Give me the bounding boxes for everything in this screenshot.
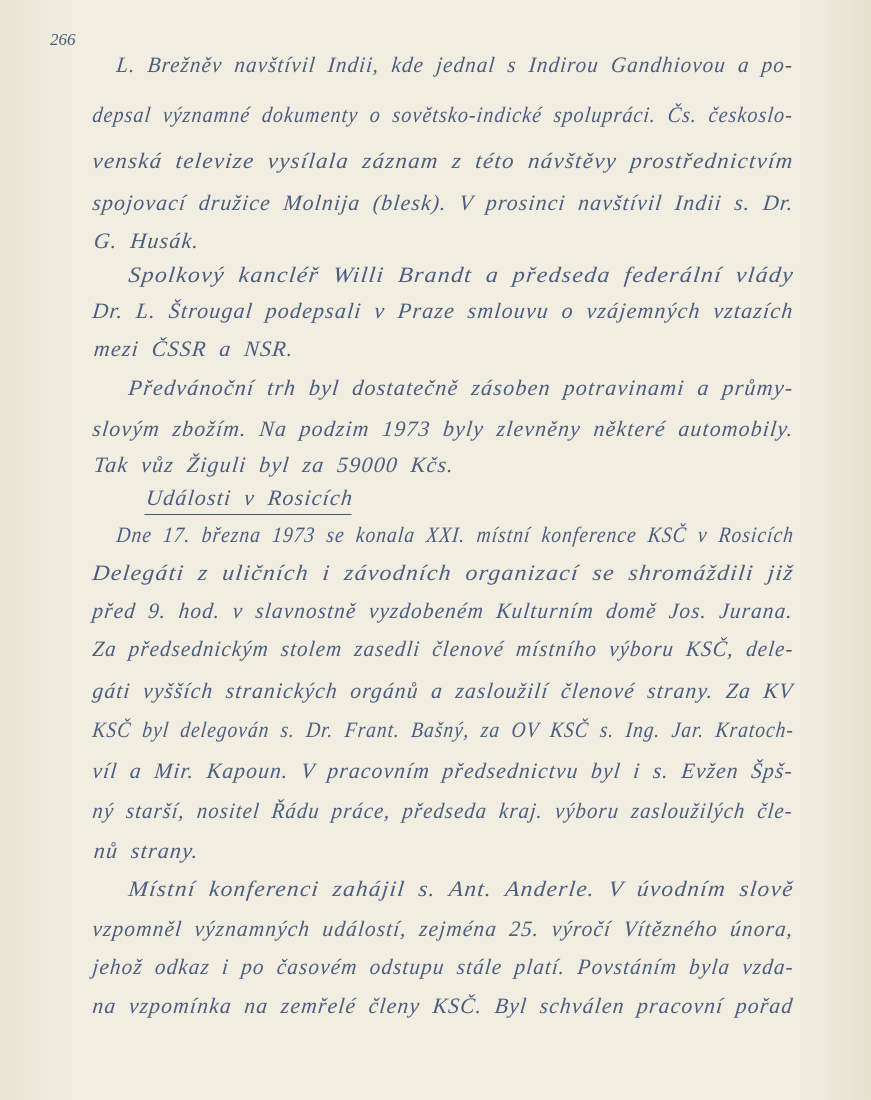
text-line: jehož odkaz i po časovém odstupu stále p… [91, 954, 795, 980]
text-line: KSČ byl delegován s. Dr. Frant. Bašný, z… [91, 717, 795, 743]
page-number: 266 [50, 30, 76, 50]
text-line: venská televize vysílala záznam z této n… [91, 148, 795, 174]
section-heading: Události v Rosicích [144, 485, 354, 515]
text-line: nů strany. [93, 838, 201, 864]
text-line: G. Husák. [93, 228, 201, 254]
text-line: víl a Mir. Kapoun. V pracovním předsedni… [91, 758, 794, 784]
text-line: slovým zbožím. Na podzim 1973 byly zlevn… [91, 416, 795, 442]
text-line: Dr. L. Štrougal podepsali v Praze smlouv… [91, 298, 795, 324]
text-line: Předvánoční trh byl dostatečně zásoben p… [127, 375, 795, 401]
text-line: Delegáti z uličních i závodních organiza… [91, 560, 795, 586]
text-line: mezi ČSSR a NSR. [93, 336, 295, 362]
text-line: Tak vůz Žiguli byl za 59000 Kčs. [93, 452, 456, 478]
text-line: před 9. hod. v slavnostně vyzdobeném Kul… [91, 598, 794, 624]
text-line: Dne 17. března 1973 se konala XXI. místn… [115, 522, 795, 548]
text-line: Místní konferenci zahájil s. Ant. Anderl… [127, 876, 795, 902]
text-line: Za předsednickým stolem zasedli členové … [91, 636, 795, 662]
text-line: Spolkový kancléř Willi Brandt a předseda… [127, 262, 795, 288]
text-line: spojovací družice Molnija (blesk). V pro… [91, 190, 795, 216]
text-line: depsal významné dokumenty o sovětsko-ind… [91, 102, 794, 128]
text-line: L. Brežněv navštívil Indii, kde jednal s… [115, 52, 794, 78]
text-line: na vzpomínka na zemřelé členy KSČ. Byl s… [91, 993, 795, 1019]
text-line: ný starší, nositel Řádu práce, předseda … [91, 798, 794, 824]
text-line: vzpomněl významných událostí, zejména 25… [91, 916, 795, 942]
text-line: gáti vyšších stranických orgánů a zaslou… [91, 678, 795, 704]
